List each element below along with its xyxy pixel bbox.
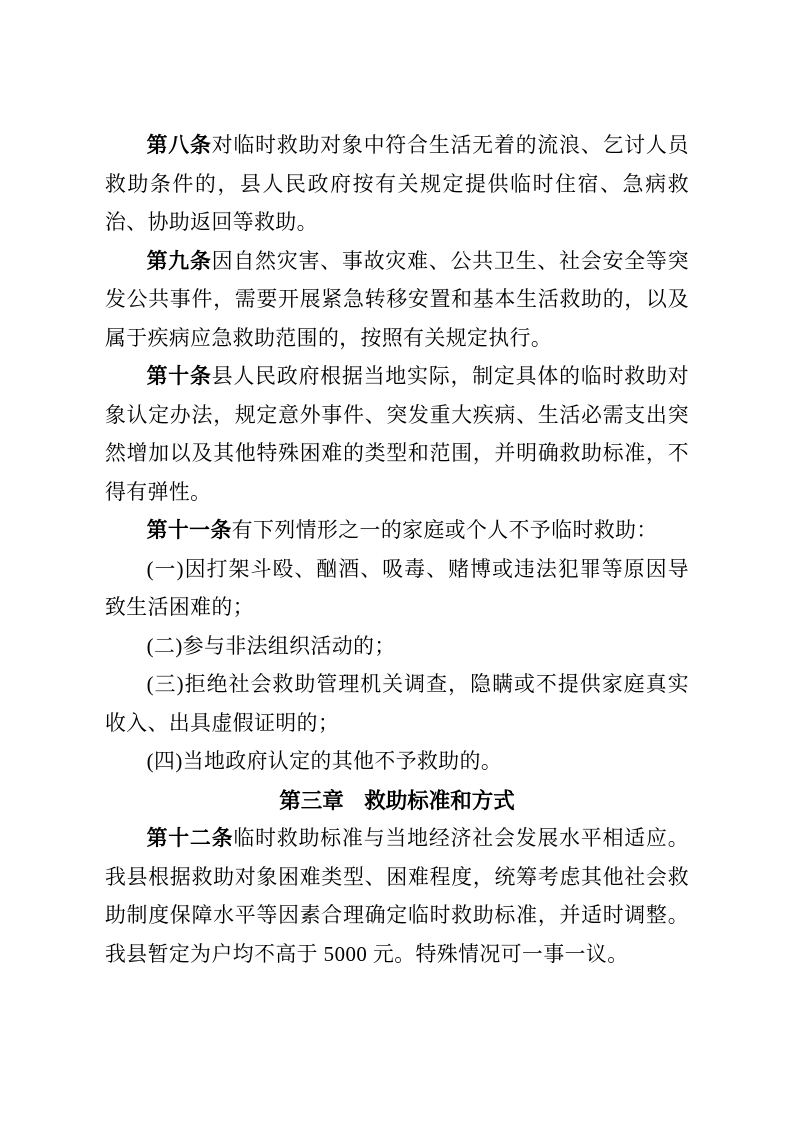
article-11-clause-4-text: (四)当地政府认定的其他不予救助的。 — [147, 750, 503, 773]
document-page: 第八条对临时救助对象中符合生活无着的流浪、乞讨人员救助条件的，县人民政府按有关规… — [0, 0, 793, 1122]
article-11-label: 第十一条 — [147, 519, 232, 542]
article-11-clause-4: (四)当地政府认定的其他不予救助的。 — [105, 743, 689, 782]
article-11-clause-1: (一)因打架斗殴、酗酒、吸毒、赌博或违法犯罪等原因导致生活困难的； — [105, 551, 689, 628]
article-11-text: 有下列情形之一的家庭或个人不予临时救助： — [232, 519, 658, 542]
article-11-clause-2-text: (二)参与非法组织活动的； — [147, 635, 396, 658]
article-11-clause-3: (三)拒绝社会救助管理机关调查，隐瞒或不提供家庭真实收入、出具虚假证明的； — [105, 666, 689, 743]
chapter-3-number: 第三章 — [279, 789, 344, 813]
article-8-paragraph: 第八条对临时救助对象中符合生活无着的流浪、乞讨人员救助条件的，县人民政府按有关规… — [105, 127, 689, 243]
article-9-paragraph: 第九条因自然灾害、事故灾难、公共卫生、社会安全等突发公共事件，需要开展紧急转移安… — [105, 243, 689, 359]
article-11-clause-1-text: (一)因打架斗殴、酗酒、吸毒、赌博或违法犯罪等原因导致生活困难的； — [105, 558, 689, 620]
article-11-clause-3-text: (三)拒绝社会救助管理机关调查，隐瞒或不提供家庭真实收入、出具虚假证明的； — [105, 673, 689, 735]
article-8-label: 第八条 — [147, 134, 212, 157]
article-11-paragraph: 第十一条有下列情形之一的家庭或个人不予临时救助： — [105, 512, 689, 551]
chapter-3-title: 救助标准和方式 — [364, 789, 515, 813]
article-10-paragraph: 第十条县人民政府根据当地实际，制定具体的临时救助对象认定办法，规定意外事件、突发… — [105, 358, 689, 512]
article-12-paragraph: 第十二条临时救助标准与当地经济社会发展水平相适应。我县根据救助对象困难类型、困难… — [105, 820, 689, 974]
article-12-label: 第十二条 — [147, 827, 234, 850]
article-11-clause-2: (二)参与非法组织活动的； — [105, 628, 689, 667]
article-10-label: 第十条 — [147, 365, 212, 388]
article-9-label: 第九条 — [147, 250, 212, 273]
chapter-3-heading: 第三章救助标准和方式 — [105, 782, 689, 821]
